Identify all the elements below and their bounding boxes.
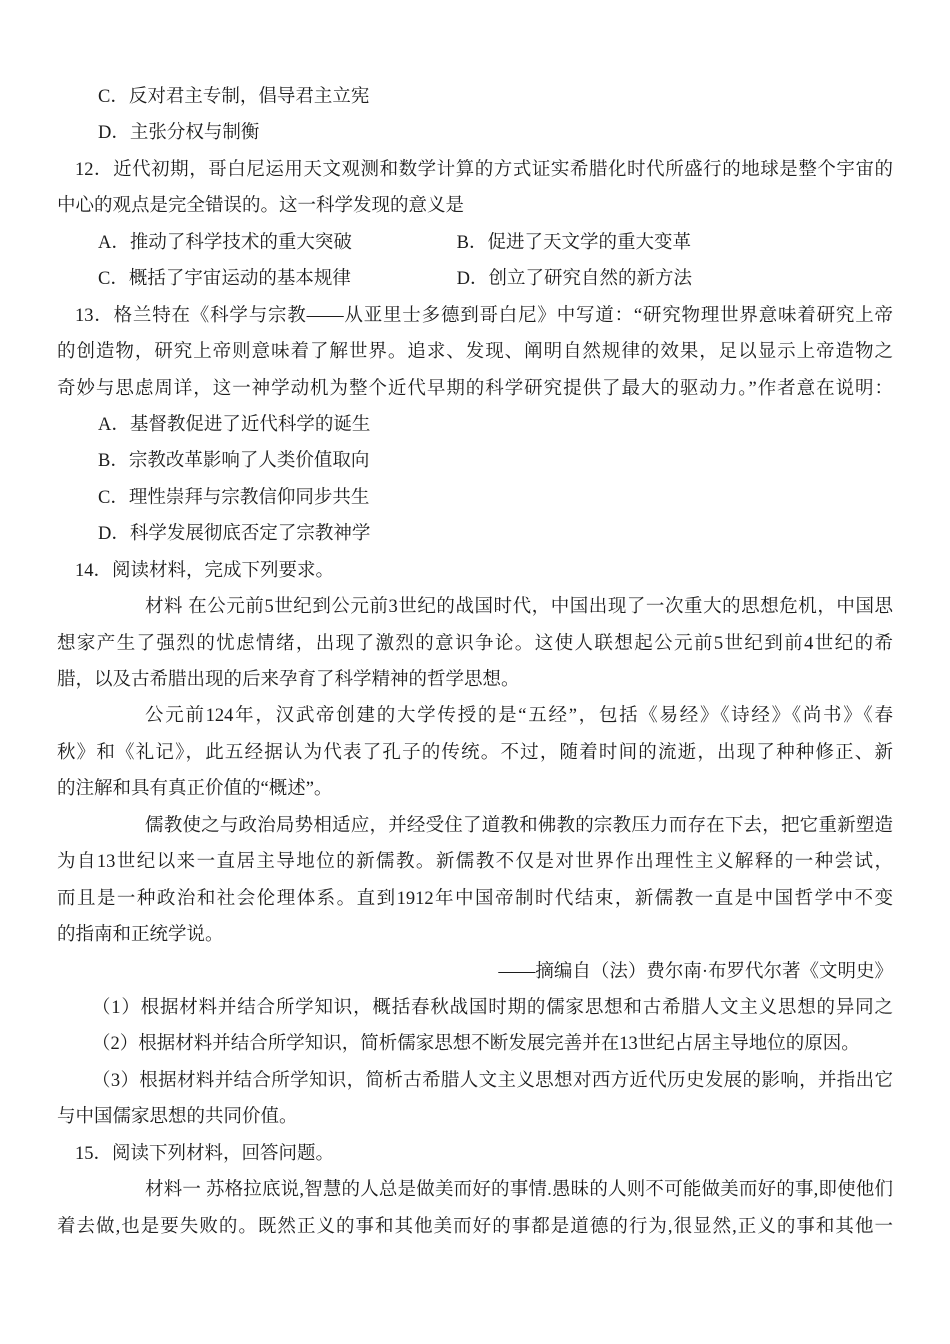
q12-options-row-1: A．推动了科学技术的重大突破 B．促进了天文学的重大变革 <box>57 225 893 261</box>
exam-document-page: C．反对君主专制，倡导君主立宪 D．主张分权与制衡 12．近代初期，哥白尼运用天… <box>0 0 950 1344</box>
q14-material-p3-line-3: 而且是一种政治和社会伦理体系。直到1912年中国帝制时代结束，新儒教一直是中国哲… <box>57 881 893 917</box>
q12-options-row-2: C．概括了宇宙运动的基本规律 D．创立了研究自然的新方法 <box>57 261 893 297</box>
q14-material-p2-line-2: 秋》和《礼记》，此五经据认为代表了孔子的传统。不过，随着时间的流逝，出现了种种修… <box>57 735 893 771</box>
q14-subquestion-3-line-1: （3）根据材料并结合所学知识，简析古希腊人文主义思想对西方近代历史发展的影响，并… <box>92 1063 893 1099</box>
q12-stem-line-1: 12．近代初期，哥白尼运用天文观测和数学计算的方式证实希腊化时代所盛行的地球是整… <box>75 152 893 188</box>
q13-option-a: A．基督教促进了近代科学的诞生 <box>98 407 893 443</box>
q12-option-d: D．创立了研究自然的新方法 <box>457 269 692 289</box>
q13-option-c: C．理性崇拜与宗教信仰同步共生 <box>98 480 893 516</box>
q13-stem-line-3: 奇妙与思虑周详，这一神学动机为整个近代早期的科学研究提供了最大的驱动力。”作者意… <box>57 371 893 407</box>
q12-option-b: B．促进了天文学的重大变革 <box>457 233 691 253</box>
q14-material-p1-line-1: 材料 在公元前5世纪到公元前3世纪的战国时代，中国出现了一次重大的思想危机，中国… <box>57 589 893 625</box>
q14-subquestion-1: （1）根据材料并结合所学知识，概括春秋战国时期的儒家思想和古希腊人文主义思想的异… <box>92 990 893 1026</box>
q14-material-p2-line-1: 公元前124年，汉武帝创建的大学传授的是“五经”，包括《易经》《诗经》《尚书》《… <box>57 698 893 734</box>
q12-option-c: C．概括了宇宙运动的基本规律 <box>98 261 452 297</box>
q15-material-1-line-2: 着去做,也是要失败的。既然正义的事和其他美而好的事都是道德的行为,很显然,正义的… <box>57 1209 893 1245</box>
q11-option-c: C．反对君主专制，倡导君主立宪 <box>98 79 893 115</box>
q14-material-p2-line-3: 的注解和具有真正价值的“概述”。 <box>57 771 893 807</box>
q12-option-a: A．推动了科学技术的重大突破 <box>98 225 452 261</box>
q14-material-p1-line-3: 腊，以及古希腊出现的后来孕育了科学精神的哲学思想。 <box>57 662 893 698</box>
q14-stem: 14．阅读材料，完成下列要求。 <box>75 553 893 589</box>
q13-option-b: B．宗教改革影响了人类价值取向 <box>98 443 893 479</box>
q14-material-p1-line-2: 想家产生了强烈的忧虑情绪，出现了激烈的意识争论。这使人联想起公元前5世纪到前4世… <box>57 626 893 662</box>
q13-stem-line-2: 的创造物，研究上帝则意味着了解世界。追求、发现、阐明自然规律的效果，足以显示上帝… <box>57 334 893 370</box>
q12-stem-line-2: 中心的观点是完全错误的。这一科学发现的意义是 <box>57 188 893 224</box>
q14-subquestion-3-line-2: 与中国儒家思想的共同价值。 <box>57 1099 893 1135</box>
q14-source-attribution: ——摘编自（法）费尔南·布罗代尔著《文明史》 <box>57 954 893 990</box>
q14-subquestion-2: （2）根据材料并结合所学知识，简析儒家思想不断发展完善并在13世纪占居主导地位的… <box>92 1026 893 1062</box>
q15-stem: 15．阅读下列材料，回答问题。 <box>75 1136 893 1172</box>
q15-material-1-line-1: 材料一 苏格拉底说,智慧的人总是做美而好的事情.愚昧的人则不可能做美而好的事,即… <box>57 1172 893 1208</box>
q14-material-p3-line-4: 的指南和正统学说。 <box>57 917 893 953</box>
q13-stem-line-1: 13．格兰特在《科学与宗教——从亚里士多德到哥白尼》中写道：“研究物理世界意味着… <box>75 298 893 334</box>
q14-material-p3-line-2: 为自13世纪以来一直居主导地位的新儒教。新儒教不仅是对世界作出理性主义解释的一种… <box>57 844 893 880</box>
q13-option-d: D．科学发展彻底否定了宗教神学 <box>98 516 893 552</box>
q14-material-p3-line-1: 儒教使之与政治局势相适应，并经受住了道教和佛教的宗教压力而存在下去，把它重新塑造… <box>57 808 893 844</box>
q11-option-d: D．主张分权与制衡 <box>98 115 893 151</box>
